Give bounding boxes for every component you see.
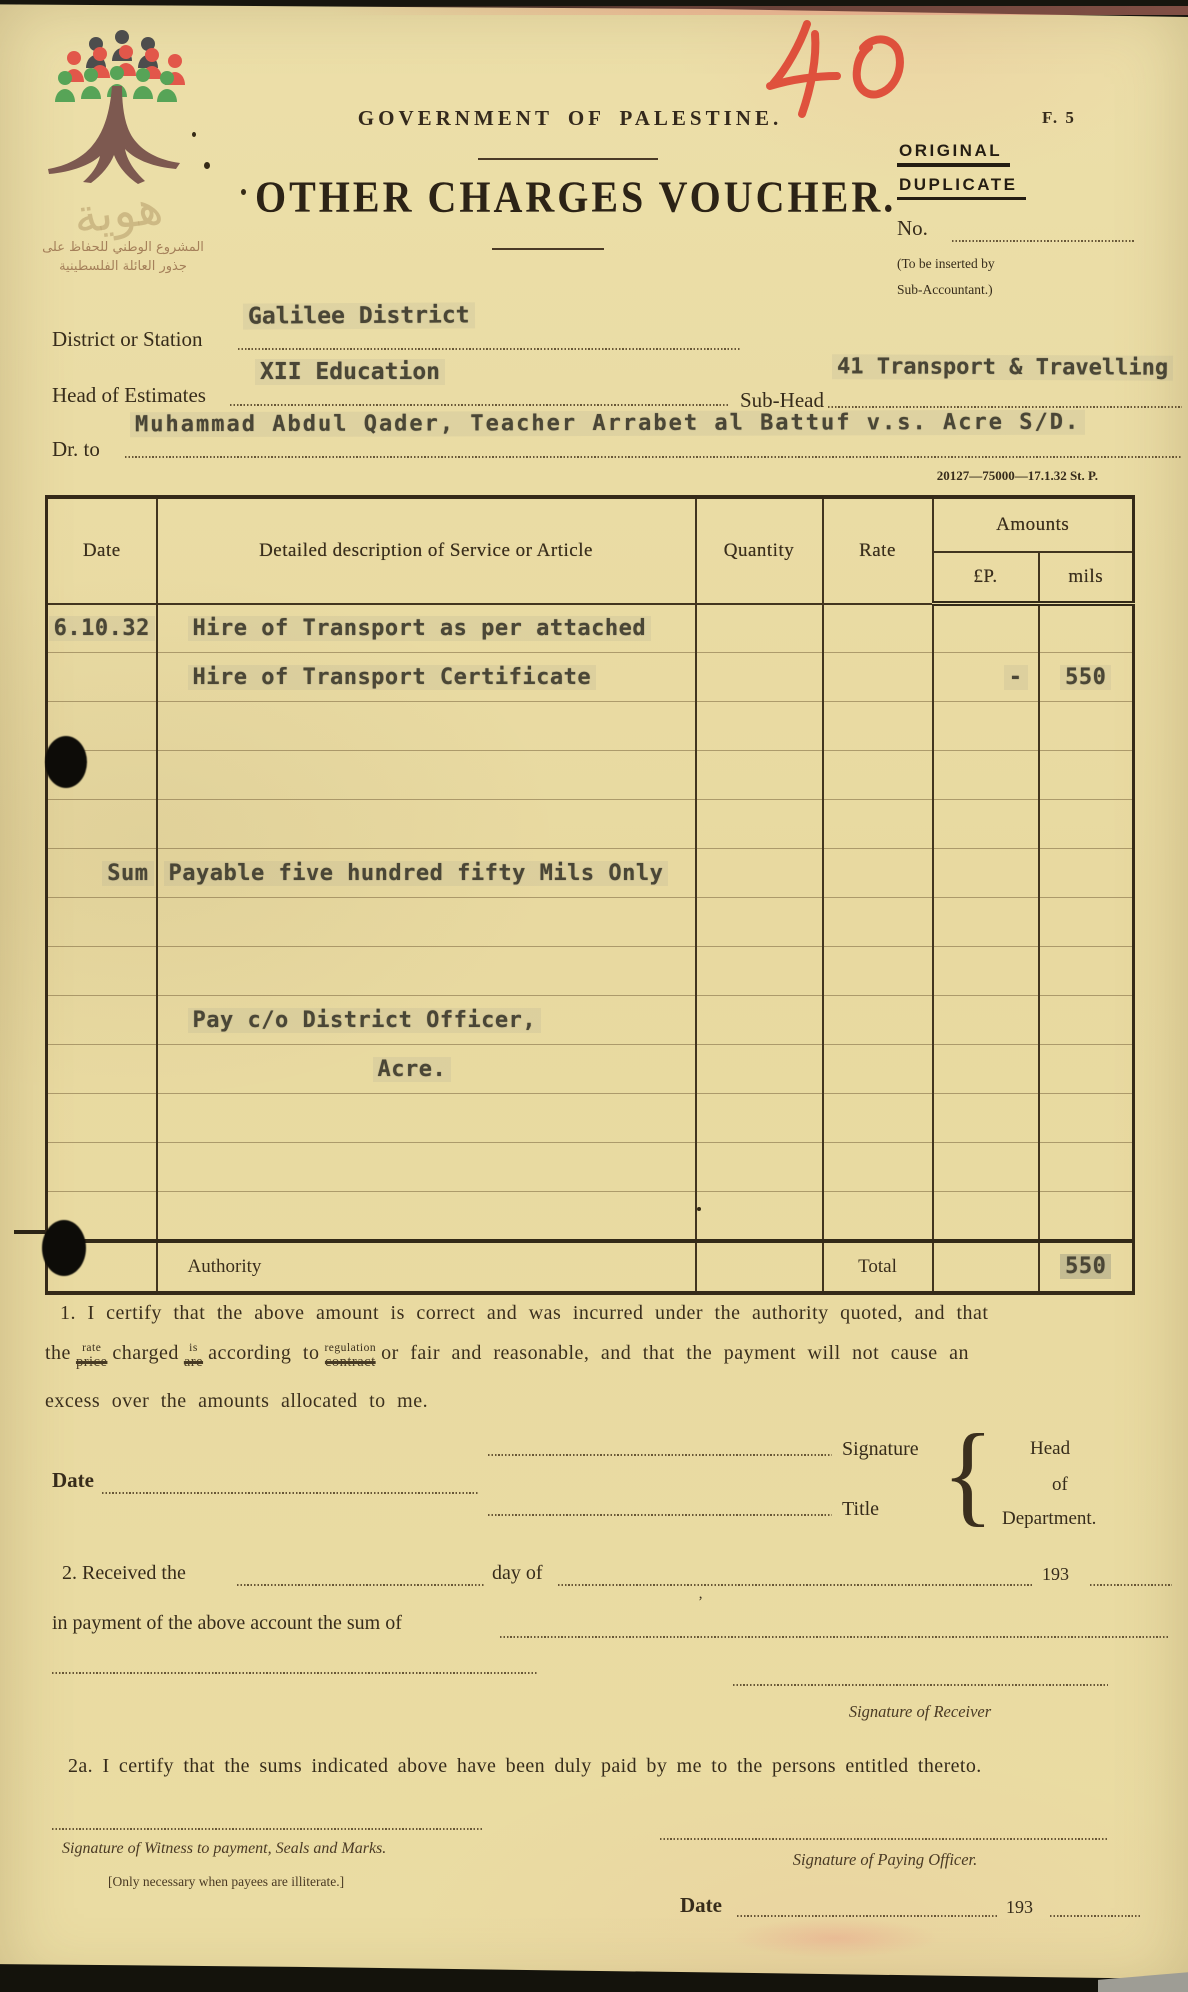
col-header-pounds: £P. (933, 552, 1039, 604)
footer-date-line (737, 1915, 999, 1917)
title-divider (492, 248, 604, 250)
logo-watermark-word: هوية (70, 179, 165, 245)
total-mils-value: 550 (1060, 1254, 1111, 1279)
paper-speck (192, 132, 196, 137)
table-row: Acre. (47, 1045, 1134, 1094)
table-row-empty (47, 1192, 1134, 1241)
dr-to-line (125, 456, 1182, 458)
form-reference: F. 5 (1042, 108, 1076, 128)
archive-logo-tree: هوية (34, 28, 224, 263)
cert-the: the (45, 1342, 71, 1364)
received-blank-left-line (52, 1672, 538, 1674)
table-row-empty (47, 702, 1134, 751)
district-line (238, 348, 740, 350)
voucher-no-label: No. (897, 216, 928, 241)
received-year: 193 (1042, 1564, 1069, 1585)
voucher-no-line (952, 240, 1134, 242)
table-row-empty (47, 1143, 1134, 1192)
hole-punch-bottom (42, 1220, 86, 1276)
head-of-estimates-label: Head of Estimates (52, 383, 206, 408)
table-row: 6.10.32 Hire of Transport as per attache… (47, 604, 1134, 653)
signature-label: Signature (842, 1438, 919, 1461)
certification-line1: 1. I certify that the above amount is co… (60, 1302, 988, 1325)
government-heading: GOVERNMENT OF PALESTINE. (320, 106, 820, 131)
pink-tint-bottom (730, 1918, 940, 1958)
col-header-quantity: Quantity (696, 497, 823, 604)
received-month-line (558, 1584, 1034, 1586)
signoff-date-line (102, 1492, 478, 1494)
table-row-empty (47, 751, 1134, 800)
table-row-empty (47, 947, 1134, 996)
department-brace: { (942, 1415, 994, 1534)
dr-to-value: Muhammad Abdul Qader, Teacher Arrabet al… (130, 410, 1085, 438)
dr-to-label: Dr. to (52, 437, 100, 462)
paper-speck (241, 189, 246, 195)
cell-mils: 550 (1060, 665, 1111, 690)
col-header-mils: mils (1039, 552, 1134, 604)
cert-according: according to (208, 1342, 319, 1364)
received-dayof: day of (492, 1562, 543, 1585)
receiver-signature-label: Signature of Receiver (760, 1702, 1080, 1722)
col-header-rate: Rate (823, 497, 933, 604)
cell-description: Hire of Transport Certificate (188, 665, 597, 690)
paying-officer-line (660, 1838, 1108, 1840)
certification-line3: excess over the amounts allocated to me. (45, 1390, 428, 1413)
received-day-line (237, 1584, 485, 1586)
dept-department: Department. (1002, 1508, 1096, 1530)
col-header-description: Detailed description of Service or Artic… (157, 497, 696, 604)
certification-line2: theratepricechargedisareaccording toregu… (45, 1342, 969, 1370)
district-value: Galilee District (243, 302, 475, 329)
received-line2: in payment of the above account the sum … (52, 1612, 402, 1635)
copy-duplicate-label: DUPLICATE (897, 175, 1026, 200)
title-label: Title (842, 1498, 879, 1521)
cert-is-are: isare (184, 1343, 203, 1370)
signature-line (488, 1454, 832, 1456)
cell-description: Hire of Transport as per attached (188, 616, 652, 641)
cell-date: 6.10.32 (49, 616, 155, 641)
receiver-signature-line (733, 1684, 1108, 1686)
table-row-empty (47, 800, 1134, 849)
table-header-row: Date Detailed description of Service or … (47, 497, 1134, 552)
cell-date: Sum (102, 861, 153, 886)
table-row: Pay c/o District Officer, (47, 996, 1134, 1045)
table-row: Hire of Transport Certificate - 550 (47, 653, 1134, 702)
authority-label: Authority (188, 1256, 262, 1277)
received-line1: 2. Received the (62, 1562, 186, 1585)
title-line (488, 1514, 832, 1516)
witness-label: Signature of Witness to payment, Seals a… (62, 1840, 386, 1858)
table-row-empty (47, 898, 1134, 947)
received-sum-line (500, 1636, 1168, 1638)
signoff-date-label: Date (52, 1468, 94, 1493)
district-label: District or Station (52, 327, 203, 352)
paying-officer-label: Signature of Paying Officer. (700, 1850, 1070, 1870)
footer-year: 193 (1006, 1897, 1033, 1918)
cert-tail: or fair and reasonable, and that the pay… (381, 1342, 969, 1364)
table-row: Sum Payable five hundred fifty Mils Only (47, 849, 1134, 898)
cert-rate-price: rateprice (76, 1343, 107, 1370)
cell-description: Payable five hundred fifty Mils Only (164, 861, 669, 886)
copy-original-label: ORIGINAL (897, 141, 1010, 167)
red-number-value-hidden: 40 (800, 30, 810, 41)
cell-pounds: - (1004, 665, 1028, 690)
print-imprint: 20127—75000—17.1.32 St. P. (858, 468, 1098, 484)
total-label: Total (858, 1256, 897, 1277)
table-row-empty (47, 1094, 1134, 1143)
witness-note: [Only necessary when payees are illitera… (108, 1874, 344, 1890)
subhead-label: Sub-Head (740, 388, 824, 413)
footer-year-line (1050, 1915, 1142, 1917)
header-divider (478, 158, 658, 160)
cell-description: Acre. (373, 1057, 452, 1082)
received-year-line (1090, 1584, 1172, 1586)
logo-caption-line1: المشروع الوطني للحفاظ على (18, 240, 228, 255)
cell-description: Pay c/o District Officer, (188, 1008, 542, 1033)
pink-tint-top (330, 6, 1188, 15)
cert-charged: charged (112, 1342, 178, 1364)
cert-regulation-contract: regulationcontract (324, 1343, 376, 1370)
dept-head: Head (1030, 1438, 1070, 1460)
no-note-line1: (To be inserted by (897, 256, 995, 272)
subhead-line (828, 406, 1182, 408)
subhead-value: 41 Transport & Travelling (832, 354, 1173, 380)
no-note-line2: Sub-Accountant.) (897, 282, 993, 298)
authority-total-row: Authority Total 550 (47, 1241, 1134, 1293)
logo-caption-line2: جذور العائلة الفلسطينية (18, 259, 228, 274)
witness-line (52, 1828, 484, 1830)
paper-speck (204, 162, 210, 169)
line-extension (14, 1230, 45, 1234)
voucher-title: OTHER CHARGES VOUCHER. (255, 170, 835, 223)
stray-mark: ’ (698, 1594, 703, 1611)
original-label: ORIGINAL (897, 141, 1010, 167)
col-header-date: Date (47, 497, 157, 604)
duplicate-label: DUPLICATE (897, 175, 1026, 200)
dept-of: of (1052, 1474, 1068, 1496)
head-of-estimates-value: XII Education (255, 359, 445, 385)
voucher-table: Date Detailed description of Service or … (45, 495, 1135, 1295)
certify-2a-line: 2a. I certify that the sums indicated ab… (68, 1755, 982, 1778)
head-of-estimates-line (230, 404, 730, 406)
voucher-scan-page: هوية المشروع الوطني للحفاظ على جذور العا… (0, 0, 1188, 1992)
footer-date-label: Date (680, 1893, 722, 1918)
scan-corner-patch (1098, 1970, 1188, 1992)
col-header-amounts: Amounts (933, 497, 1134, 552)
scan-edge-bottom (0, 1958, 1188, 1992)
hole-punch-top (45, 736, 87, 788)
